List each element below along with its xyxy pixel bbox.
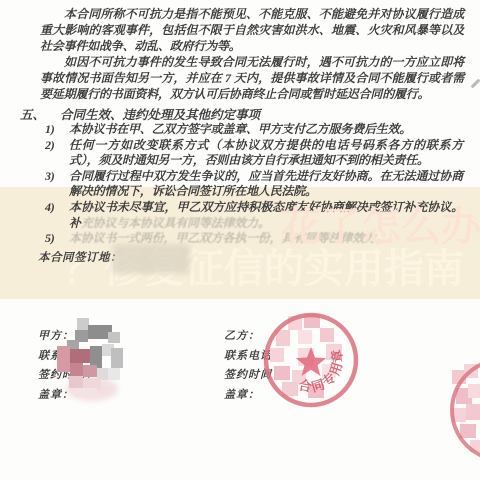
signing-place-redaction (112, 244, 190, 274)
mosaic-cell (75, 388, 97, 397)
mosaic-cell (108, 368, 120, 380)
clause-item-1: 1) 本协议书在甲、乙双方签字或盖章、甲方支付乙方服务费后生效。 (45, 122, 463, 138)
mosaic-cell (70, 349, 90, 363)
mosaic-cell (69, 376, 83, 388)
secondary-seal-stamp (447, 355, 480, 465)
force-majeure-paragraphs: 本合同所称不可抗力是指不能预见、不能克服、不能避免并对协议履行造成重大影响的客观… (40, 6, 464, 102)
section-title: 合同生效、违约处理及其他约定事项 (60, 105, 260, 123)
seal-star-icon (296, 347, 326, 376)
mosaic-cell (70, 363, 83, 376)
mosaic-cell (83, 365, 97, 377)
paragraph: 本合同所称不可抗力是指不能预见、不能克服、不能避免并对协议履行造成重大影响的客观… (40, 6, 464, 54)
signing-place-label: 本合同签订地： (38, 249, 122, 265)
clause-item-2: 2) 任何一方如改变联系方式（本协议双方提供的电话号码系各方的联系方式），须及时… (45, 138, 463, 169)
mosaic-cell (111, 348, 123, 368)
seal-ring (452, 360, 480, 460)
contract-seal-stamp: 合同专用章 (261, 310, 361, 410)
contract-page: 本合同所称不可抗力是指不能预见、不能克服、不能避免并对协议履行造成重大影响的客观… (0, 0, 480, 480)
section-heading: 五、 合同生效、违约处理及其他约定事项 (20, 105, 260, 123)
seal-stamp-text: 合同专用章 (291, 340, 358, 407)
stray-pen-mark (471, 79, 480, 89)
party-a-redaction-mosaic (55, 316, 127, 400)
mosaic-cell (108, 332, 120, 343)
section-number: 五、 (20, 105, 60, 123)
svg-text:合同专用章: 合同专用章 (291, 340, 358, 407)
paragraph: 如因不可抗力事件的发生导致合同无法履行时，遇不可抗力的一方应立即将事故情况书面告… (40, 54, 464, 102)
mosaic-cell (57, 346, 70, 372)
